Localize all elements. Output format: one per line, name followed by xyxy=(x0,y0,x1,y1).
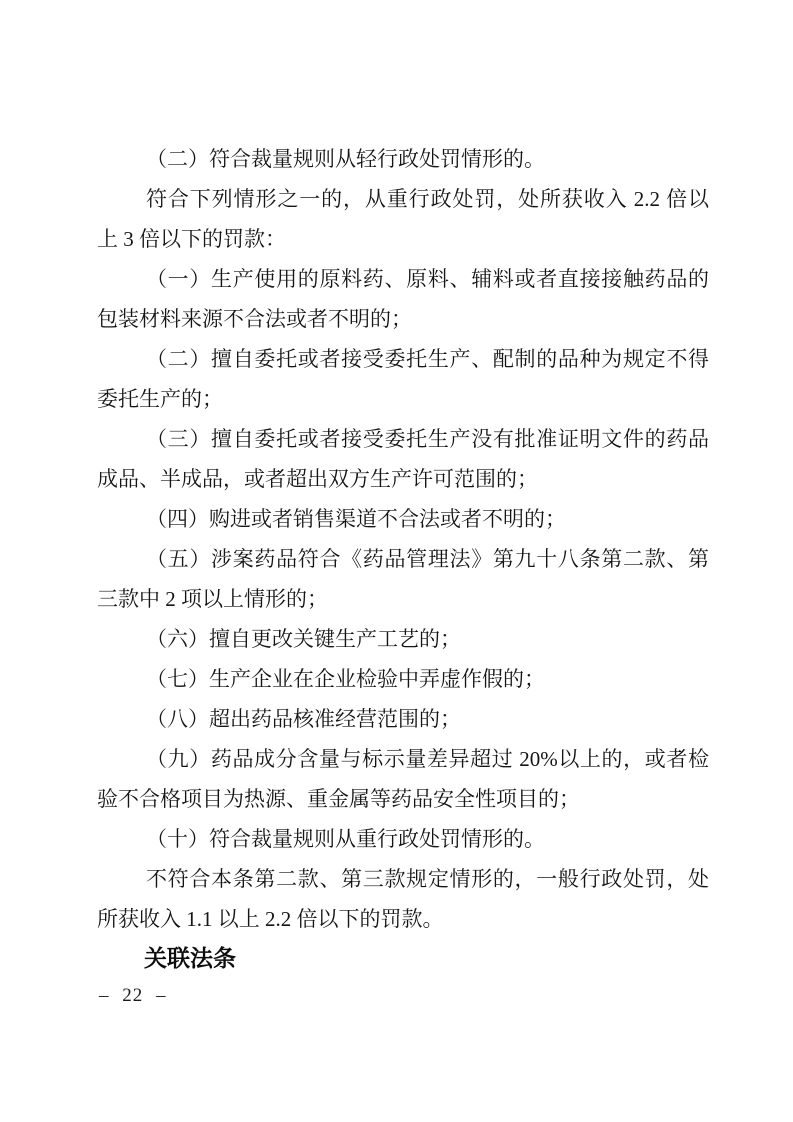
text-line: 不符合本条第二款、第三款规定情形的，一般行政处罚，处 xyxy=(97,859,709,899)
text-line: （九）药品成分含量与标示量差异超过 20%以上的，或者检 xyxy=(97,739,709,779)
text-line: （七）生产企业在企业检验中弄虚作假的； xyxy=(97,659,709,699)
text-line: （二）擅自委托或者接受委托生产、配制的品种为规定不得 xyxy=(97,339,709,379)
document-page: （二）符合裁量规则从轻行政处罚情形的。符合下列情形之一的，从重行政处罚，处所获收… xyxy=(0,0,793,1122)
text-line: 符合下列情形之一的，从重行政处罚，处所获收入 2.2 倍以 xyxy=(97,179,709,219)
page-number: – 22 – xyxy=(99,984,167,1008)
text-line: （六）擅自更改关键生产工艺的； xyxy=(97,619,709,659)
text-line: 三款中 2 项以上情形的； xyxy=(97,579,709,619)
text-line: 成品、半成品，或者超出双方生产许可范围的； xyxy=(97,459,709,499)
text-line: 所获收入 1.1 以上 2.2 倍以下的罚款。 xyxy=(97,899,709,939)
text-line: （四）购进或者销售渠道不合法或者不明的； xyxy=(97,499,709,539)
text-line: （一）生产使用的原料药、原料、辅料或者直接接触药品的 xyxy=(97,259,709,299)
section-heading: 关联法条 xyxy=(97,939,709,979)
text-line: 验不合格项目为热源、重金属等药品安全性项目的； xyxy=(97,779,709,819)
text-line: （五）涉案药品符合《药品管理法》第九十八条第二款、第 xyxy=(97,539,709,579)
text-line: 包装材料来源不合法或者不明的； xyxy=(97,299,709,339)
text-line: （十）符合裁量规则从重行政处罚情形的。 xyxy=(97,819,709,859)
document-body: （二）符合裁量规则从轻行政处罚情形的。符合下列情形之一的，从重行政处罚，处所获收… xyxy=(97,139,709,979)
text-line: （八）超出药品核准经营范围的； xyxy=(97,699,709,739)
text-line: 上 3 倍以下的罚款： xyxy=(97,219,709,259)
text-line: （三）擅自委托或者接受委托生产没有批准证明文件的药品 xyxy=(97,419,709,459)
text-line: （二）符合裁量规则从轻行政处罚情形的。 xyxy=(97,139,709,179)
text-line: 委托生产的； xyxy=(97,379,709,419)
